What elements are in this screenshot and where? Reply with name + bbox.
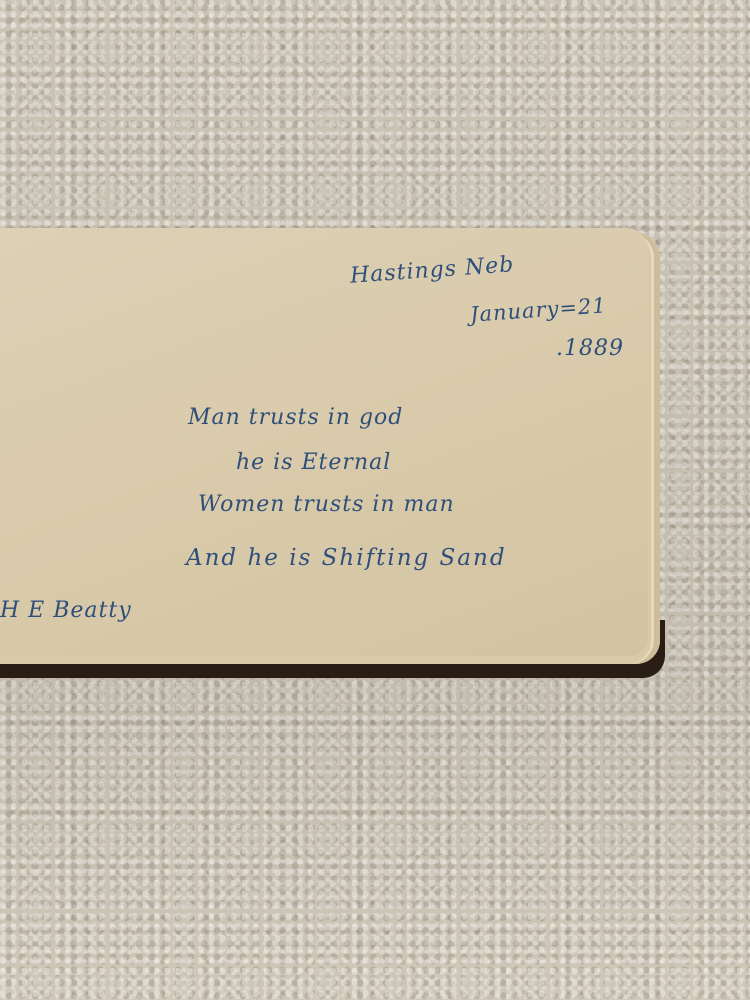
- verse-line-2: he is Eternal: [236, 450, 391, 475]
- signature: H E Beatty: [0, 598, 132, 623]
- inscription-year: .1889: [556, 336, 624, 361]
- verse-line-4: And he is Shifting Sand: [186, 545, 507, 571]
- verse-line-1: Man trusts in god: [188, 405, 403, 430]
- album-page: [0, 228, 648, 656]
- verse-line-3: Women trusts in man: [198, 492, 455, 517]
